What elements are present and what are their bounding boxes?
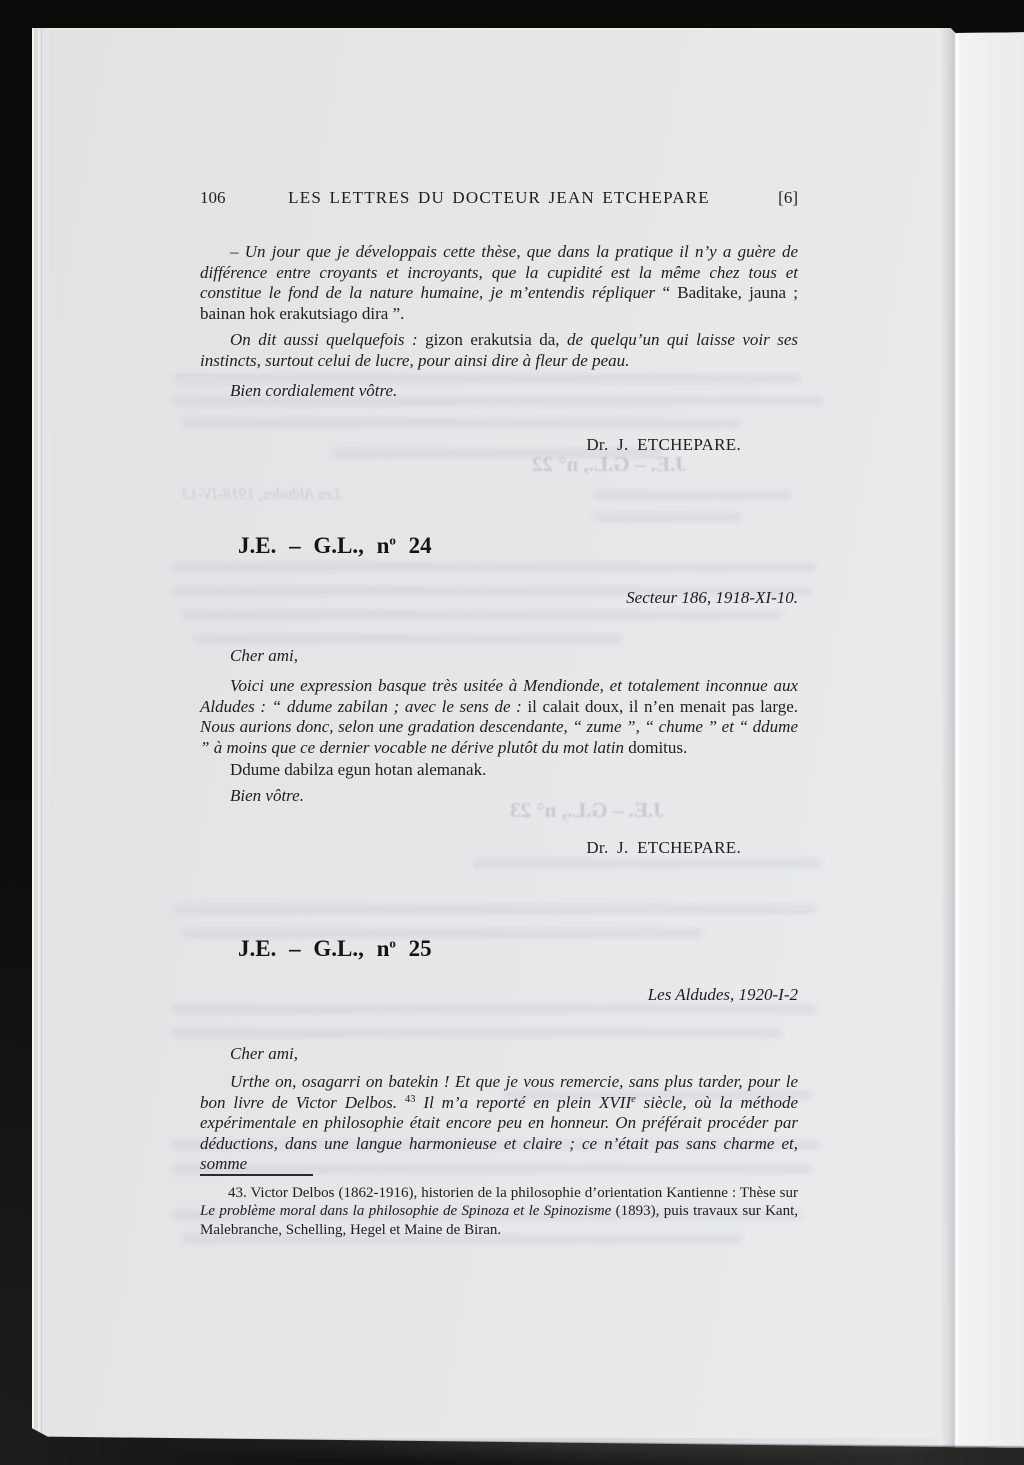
- heading-number: 25: [396, 936, 432, 961]
- book-page: J.E. – G.L., n° 22 Les Aldudes, 1918-IV-…: [32, 28, 1024, 1448]
- basque-phrase: gizon erakutsia da,: [425, 330, 567, 349]
- dateline-letter-25: Les Aldudes, 1920-I-2: [200, 985, 798, 1006]
- page-number: 106: [200, 188, 270, 209]
- text-column: 106 LES LETTRES DU DOCTEUR JEAN ETCHEPAR…: [200, 28, 798, 1448]
- running-title: LES LETTRES DU DOCTEUR JEAN ETCHEPARE: [270, 188, 728, 209]
- closing-letter-paragraph-2: On dit aussi quelquefois : gizon erakuts…: [200, 330, 798, 371]
- dateline-letter-24: Secteur 186, 1918-XI-10.: [200, 588, 798, 609]
- footnote-book-title: Le problème moral dans la philosophie de…: [200, 1203, 611, 1219]
- heading-text: J.E. – G.L., n: [238, 533, 389, 558]
- letter-24-body: Voici une expression basque très usitée …: [200, 676, 798, 758]
- footnote-text: 43. Victor Delbos (1862-1916), historien…: [228, 1185, 798, 1201]
- closing-letter-paragraph-1: – Un jour que je développais cette thèse…: [200, 242, 798, 324]
- footnote-reference: 43: [405, 1094, 416, 1105]
- heading-text: J.E. – G.L., n: [238, 936, 389, 961]
- gloss-text: il calait doux, il n’en menait pas large…: [527, 697, 798, 716]
- section-heading-letter-25: J.E. – G.L., no 25: [200, 937, 798, 961]
- valediction-2: Bien vôtre.: [200, 786, 798, 807]
- signature-2: Dr. J. ETCHEPARE.: [200, 838, 798, 859]
- section-heading-letter-24: J.E. – G.L., no 24: [200, 534, 798, 558]
- salutation-letter-24: Cher ami,: [200, 646, 798, 667]
- letter-25-body: Urthe on, osagarri on batekin ! Et que j…: [200, 1072, 798, 1175]
- basque-sentence: Ddume dabilza egun hotan alemanak.: [200, 760, 798, 781]
- signature-1: Dr. J. ETCHEPARE.: [200, 435, 798, 456]
- paragraph-text: Il m’a reporté en plein XVII: [416, 1093, 632, 1112]
- heading-number: 24: [396, 533, 432, 558]
- running-header: 106 LES LETTRES DU DOCTEUR JEAN ETCHEPAR…: [200, 188, 798, 209]
- scanned-book-photo: { "header": { "page_number": "106", "tit…: [0, 0, 1024, 1465]
- background-sheen: [120, 1438, 940, 1464]
- footnote-rule: [200, 1174, 313, 1176]
- paragraph-text: On dit aussi quelquefois :: [230, 330, 425, 349]
- paragraph-text: Nous aurions donc, selon une gradation d…: [200, 717, 798, 757]
- salutation-letter-25: Cher ami,: [200, 1044, 798, 1065]
- latin-word: domitus.: [628, 738, 687, 757]
- valediction-1: Bien cordialement vôtre.: [200, 381, 798, 402]
- issue-marker: [6]: [728, 188, 798, 209]
- footnote-43: 43. Victor Delbos (1862-1916), historien…: [200, 1184, 798, 1239]
